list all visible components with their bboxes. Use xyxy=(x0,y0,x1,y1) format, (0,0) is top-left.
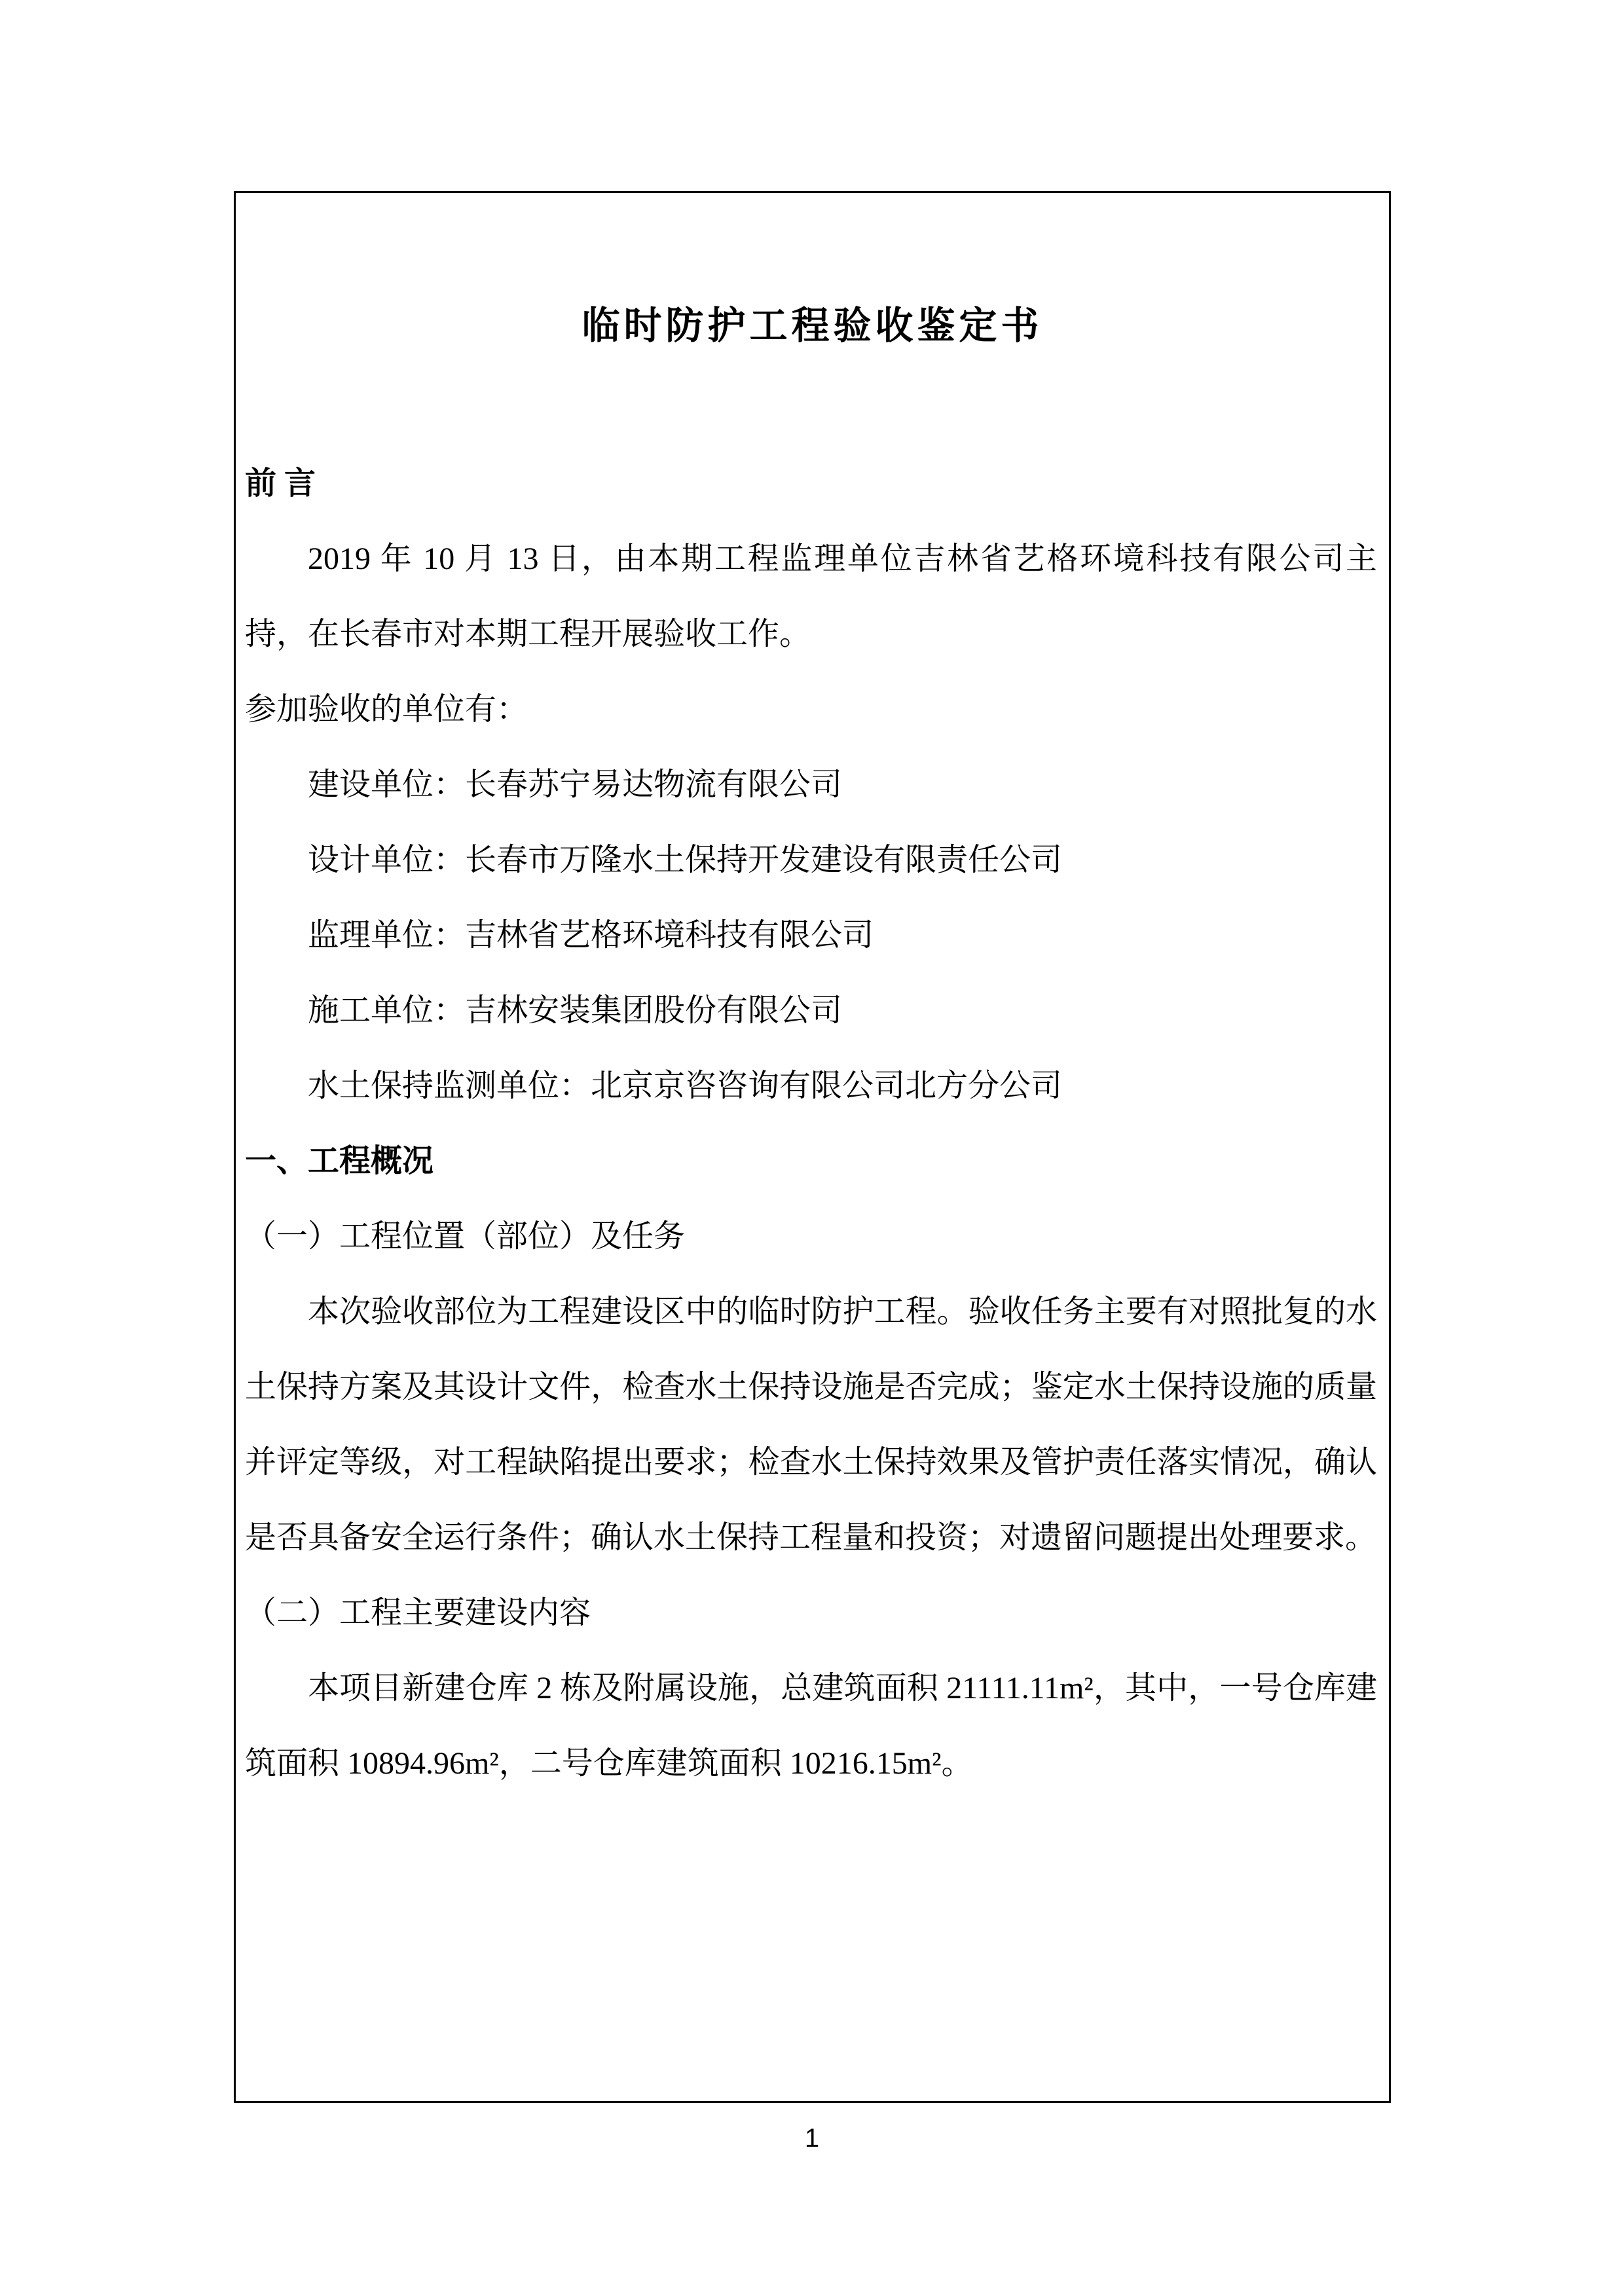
construction-unit-line: 建设单位：长春苏宁易达物流有限公司 xyxy=(245,747,1377,822)
section-1-2-heading: （二）工程主要建设内容 xyxy=(245,1575,1377,1650)
design-unit-line: 设计单位：长春市万隆水土保持开发建设有限责任公司 xyxy=(245,822,1377,898)
section-1-1-heading: （一）工程位置（部位）及任务 xyxy=(245,1199,1377,1274)
supervision-unit-line: 监理单位：吉林省艺格环境科技有限公司 xyxy=(245,898,1377,973)
section-1-1-paragraph: 本次验收部位为工程建设区中的临时防护工程。验收任务主要有对照批复的水土保持方案及… xyxy=(245,1274,1377,1575)
document-page: { "document": { "title": "临时防护工程验收鉴定书", … xyxy=(0,0,1624,2296)
document-title: 临时防护工程验收鉴定书 xyxy=(236,300,1389,352)
preface-heading: 前 言 xyxy=(245,446,1377,521)
participants-intro-line: 参加验收的单位有： xyxy=(245,672,1377,747)
page-number: 1 xyxy=(0,2124,1624,2152)
builder-unit-line: 施工单位：吉林安装集团股份有限公司 xyxy=(245,973,1377,1048)
preface-paragraph: 2019 年 10 月 13 日，由本期工程监理单位吉林省艺格环境科技有限公司主… xyxy=(245,521,1377,672)
section-1-2-paragraph: 本项目新建仓库 2 栋及附属设施，总建筑面积 21111.11m²，其中，一号仓… xyxy=(245,1650,1377,1801)
monitoring-unit-line: 水土保持监测单位：北京京咨咨询有限公司北方分公司 xyxy=(245,1048,1377,1123)
document-border-box: 临时防护工程验收鉴定书 前 言 2019 年 10 月 13 日，由本期工程监理… xyxy=(234,191,1391,2103)
document-content: 前 言 2019 年 10 月 13 日，由本期工程监理单位吉林省艺格环境科技有… xyxy=(236,446,1389,1801)
section-1-heading: 一、工程概况 xyxy=(245,1123,1377,1199)
